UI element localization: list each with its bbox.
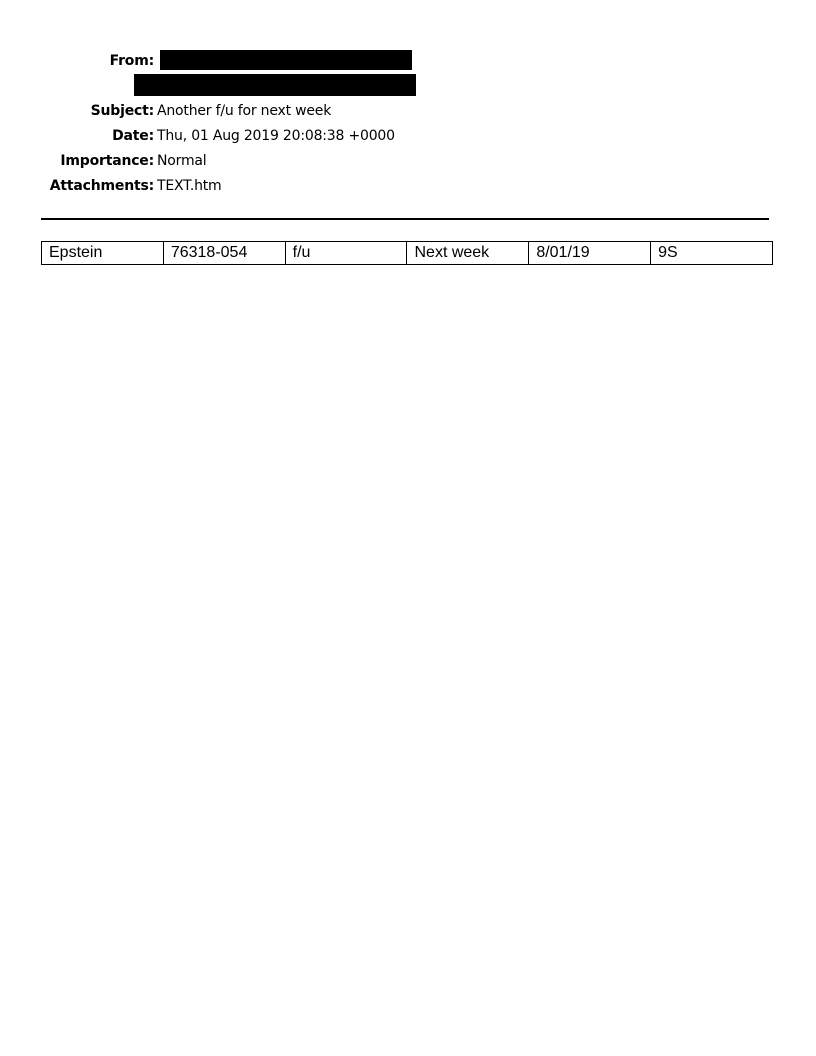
cell-name: Epstein [42, 242, 164, 265]
attachments-value: TEXT.htm [157, 178, 221, 194]
cell-register-number: 76318-054 [163, 242, 285, 265]
attachments-row: Attachments: TEXT.htm [0, 175, 221, 197]
cell-date: 8/01/19 [529, 242, 651, 265]
subject-label: Subject: [0, 103, 157, 119]
date-label: Date: [0, 128, 157, 144]
importance-label: Importance: [0, 153, 157, 169]
from-redaction-line-2 [134, 74, 416, 96]
attachments-label: Attachments: [0, 178, 157, 194]
body-table: Epstein 76318-054 f/u Next week 8/01/19 … [41, 241, 773, 265]
subject-value: Another f/u for next week [157, 103, 331, 119]
date-value: Thu, 01 Aug 2019 20:08:38 +0000 [157, 128, 395, 144]
date-row: Date: Thu, 01 Aug 2019 20:08:38 +0000 [0, 125, 395, 147]
cell-when: Next week [407, 242, 529, 265]
from-label: From: [0, 53, 157, 69]
importance-row: Importance: Normal [0, 150, 206, 172]
importance-value: Normal [157, 153, 206, 169]
table-row: Epstein 76318-054 f/u Next week 8/01/19 … [42, 242, 773, 265]
subject-row: Subject: Another f/u for next week [0, 100, 331, 122]
from-row: From: [0, 50, 157, 72]
header-divider [41, 218, 769, 220]
from-redaction-line-1 [160, 50, 412, 70]
cell-type: f/u [285, 242, 407, 265]
cell-unit: 9S [651, 242, 773, 265]
